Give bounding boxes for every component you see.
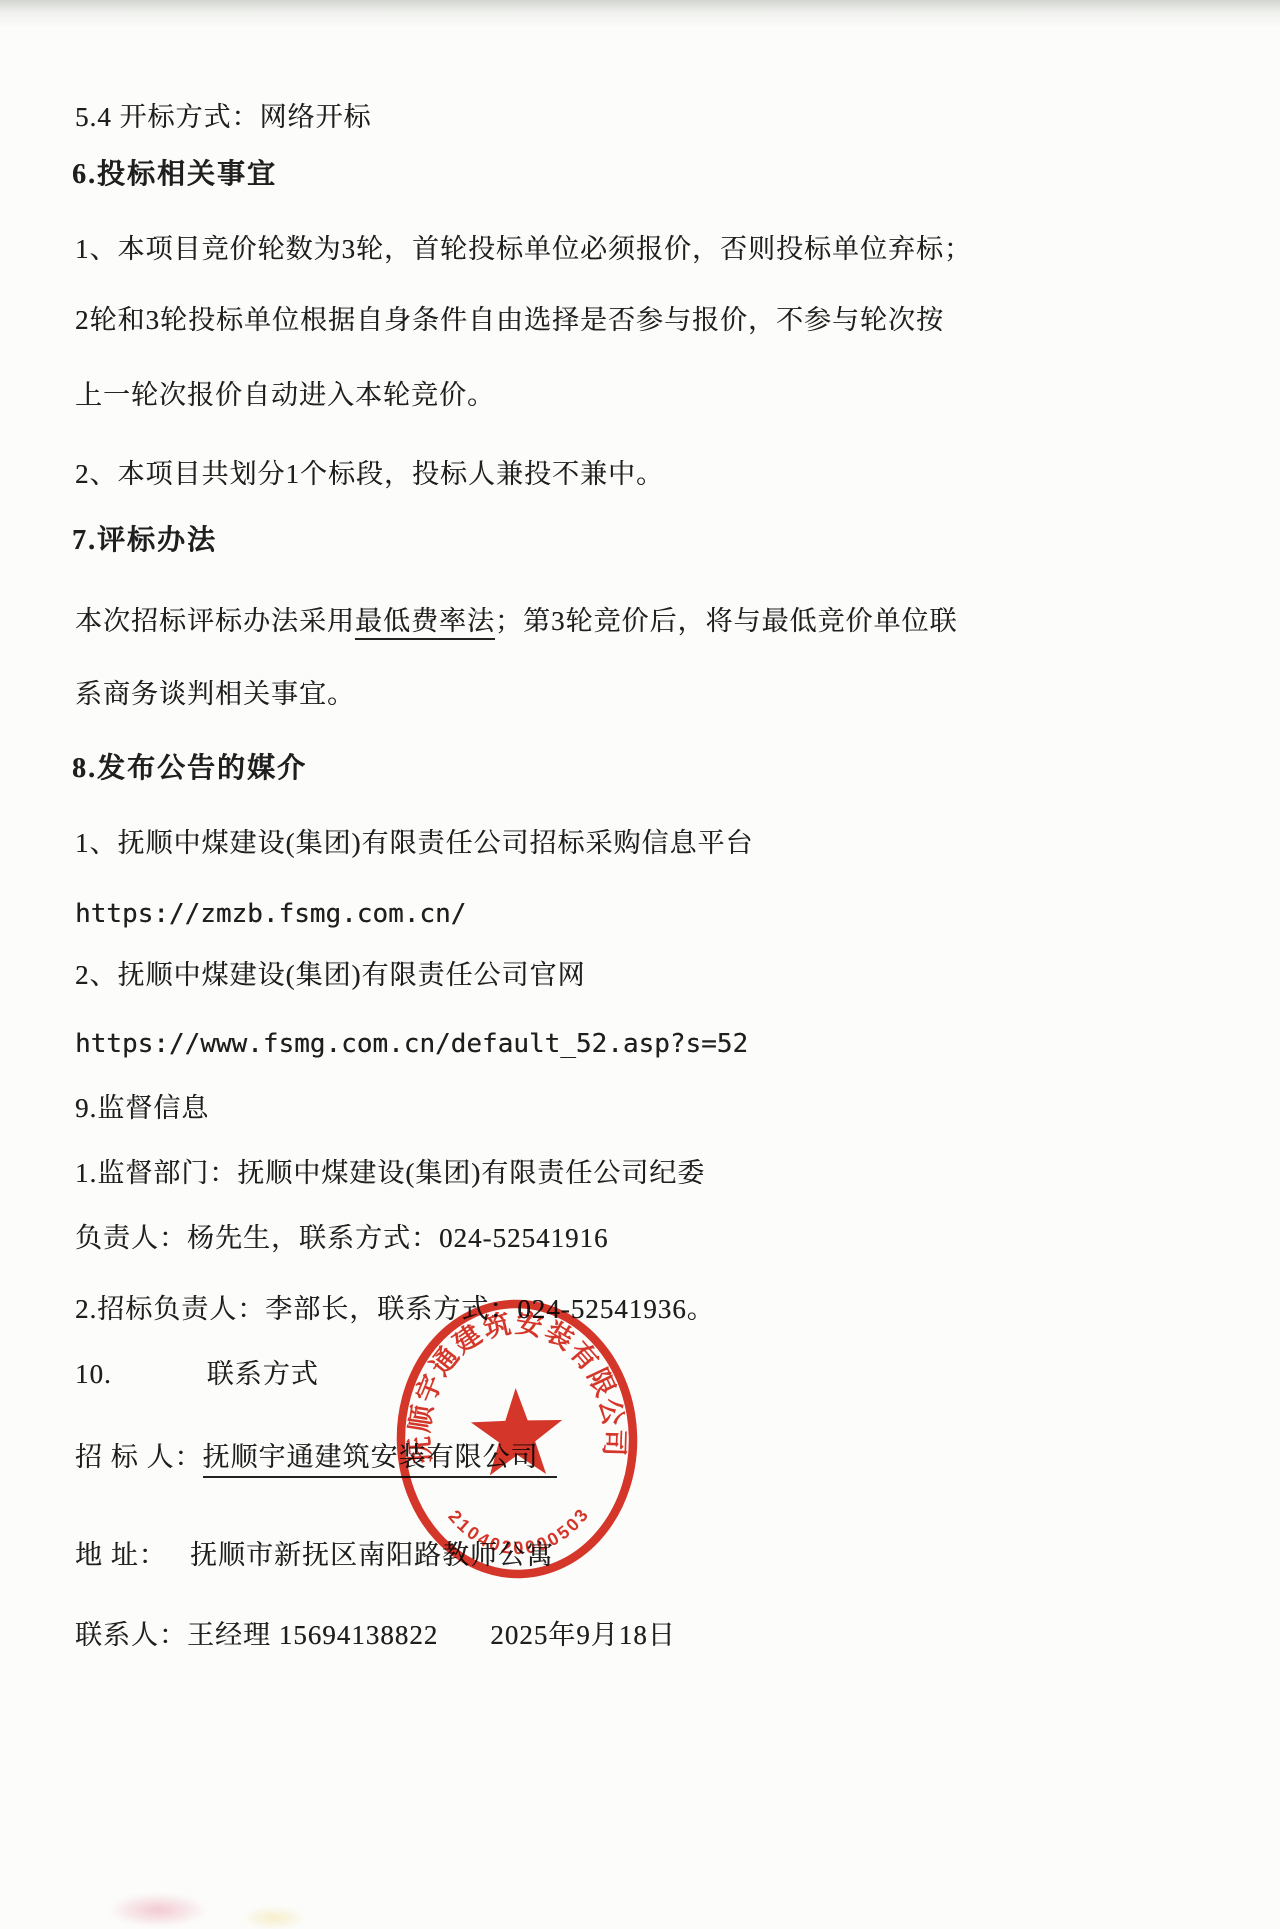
seal-serial-number: 2104020000503	[444, 1503, 595, 1560]
heading-section6-bid-matters: 6.投标相关事宜	[72, 158, 277, 192]
para-supervision-department: 1.监督部门：抚顺中煤建设(集团)有限责任公司纪委	[75, 1156, 705, 1190]
para-evaluation-method-cont: 系商务谈判相关事宜。	[75, 677, 355, 711]
scan-edge-artifact	[0, 0, 1280, 28]
evaluation-method-post: ；第3轮竞价后，将与最低竞价单位联	[495, 606, 958, 636]
url-company-website: https://www.fsmg.com.cn/default_52.asp?s…	[75, 1027, 748, 1061]
section10-label: 联系方式	[207, 1359, 319, 1389]
para-bid-rounds-3: 上一轮次报价自动进入本轮竞价。	[75, 378, 495, 412]
line-contact-person: 联系人：王经理 156941388222025年9月18日	[75, 1618, 676, 1652]
para-media-item1: 1、抚顺中煤建设(集团)有限责任公司招标采购信息平台	[75, 826, 753, 860]
heading-section9-supervision-info: 9.监督信息	[75, 1091, 209, 1125]
para-supervision-contact: 负责人：杨先生，联系方式：024-52541916	[75, 1221, 609, 1255]
heading-section10-contact: 10.联系方式	[75, 1357, 319, 1391]
para-bid-rounds-1: 1、本项目竞价轮数为3轮，首轮投标单位必须报价，否则投标单位弃标；	[75, 232, 972, 266]
line-bid-opening-method: 5.4 开标方式：网络开标	[75, 100, 372, 134]
para-one-lot: 2、本项目共划分1个标段，投标人兼投不兼中。	[75, 457, 664, 491]
contact-person-phone: 联系人：王经理 15694138822	[75, 1620, 438, 1650]
scanned-document-page: 5.4 开标方式：网络开标 6.投标相关事宜 1、本项目竞价轮数为3轮，首轮投标…	[0, 0, 1280, 1929]
para-evaluation-method: 本次招标评标办法采用最低费率法；第3轮竞价后，将与最低竞价单位联	[75, 604, 958, 638]
url-procurement-platform: https://zmzb.fsmg.com.cn/	[75, 897, 466, 931]
scan-smudge-pink	[108, 1893, 208, 1927]
seal-star-icon	[470, 1387, 564, 1476]
document-date: 2025年9月18日	[490, 1620, 676, 1650]
svg-text:2104020000503: 2104020000503	[444, 1503, 595, 1560]
scan-smudge-yellow	[242, 1906, 306, 1929]
heading-section8-announcement-media: 8.发布公告的媒介	[72, 752, 307, 786]
section10-number: 10.	[75, 1359, 112, 1389]
para-bid-rounds-2: 2轮和3轮投标单位根据自身条件自由选择是否参与报价，不参与轮次按	[75, 303, 944, 337]
company-seal-stamp: 抚顺宇通建筑安装有限公司 2104020000503	[388, 1291, 646, 1587]
tenderer-label: 招 标 人：	[75, 1442, 203, 1472]
heading-section7-evaluation-method: 7.评标办法	[72, 524, 217, 558]
evaluation-method-pre: 本次招标评标办法采用	[75, 606, 355, 636]
para-media-item2: 2、抚顺中煤建设(集团)有限责任公司官网	[75, 958, 585, 992]
evaluation-method-underlined: 最低费率法	[355, 606, 495, 640]
